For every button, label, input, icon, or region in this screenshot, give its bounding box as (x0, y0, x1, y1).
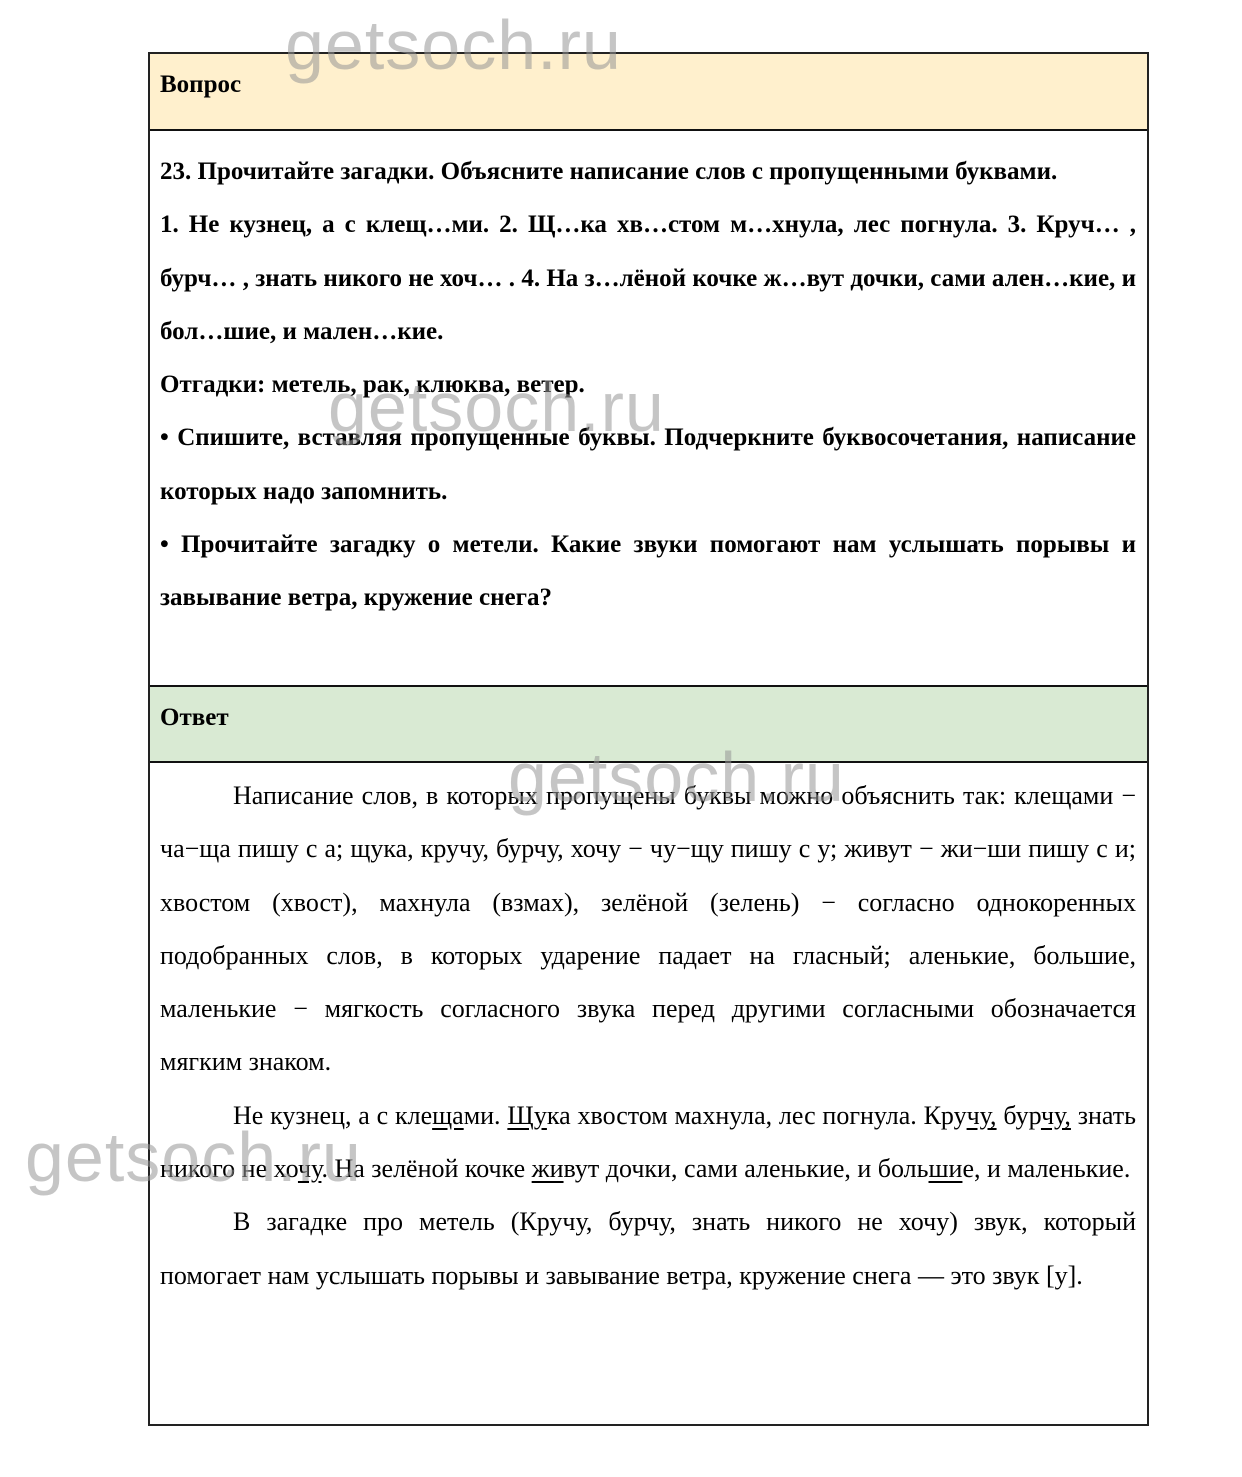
riddle-text-segment: . На зелёной кочке (321, 1154, 531, 1183)
riddle-text-segment: вут дочки, сами аленькие, и боль (564, 1154, 929, 1183)
riddle-answers: Отгадки: метель, рак, клюква, ветер. (160, 358, 1136, 411)
riddle-text-segment: ми. (464, 1101, 508, 1130)
underlined-letter-combination: чу, (1041, 1101, 1071, 1130)
answer-header-row: Ответ (150, 687, 1147, 763)
task-bullet-2: • Прочитайте загадку о метели. Какие зву… (160, 518, 1136, 625)
underlined-letter-combination: чу, (967, 1101, 997, 1130)
underlined-letter-combination: чу (298, 1154, 321, 1183)
qa-table: Вопрос 23. Прочитайте загадки. Объясните… (148, 52, 1149, 1426)
riddle-text-segment: Не кузнец, а с кле (233, 1101, 432, 1130)
underlined-letter-combination: Щу (507, 1101, 547, 1130)
riddle-text-segment: е, и маленькие. (962, 1154, 1130, 1183)
task-statement: 23. Прочитайте загадки. Объясните написа… (160, 145, 1136, 198)
question-header: Вопрос (150, 54, 1147, 100)
riddles-text: 1. Не кузнец, а с клещ…ми. 2. Щ…ка хв…ст… (160, 198, 1136, 358)
answer-explanation: Написание слов, в которых пропущены букв… (160, 769, 1136, 1089)
question-header-row: Вопрос (150, 54, 1147, 131)
riddle-text-segment: ка хвостом махнула, лес погнула. Кру (547, 1101, 967, 1130)
question-body: 23. Прочитайте загадки. Объясните написа… (150, 131, 1147, 687)
answer-conclusion: В загадке про метель (Кручу, бурчу, знат… (160, 1195, 1136, 1302)
answer-body: Написание слов, в которых пропущены букв… (150, 763, 1147, 1424)
underlined-letter-combination: жи (532, 1154, 564, 1183)
underlined-letter-combination: ши (929, 1154, 963, 1183)
answer-header: Ответ (150, 687, 1147, 733)
riddle-text-segment: бур (997, 1101, 1041, 1130)
task-bullet-1: • Спишите, вставляя пропущенные буквы. П… (160, 411, 1136, 518)
underlined-letter-combination: ща (432, 1101, 464, 1130)
answer-riddles-rewritten: Не кузнец, а с клещами. Щука хвостом мах… (160, 1089, 1136, 1196)
